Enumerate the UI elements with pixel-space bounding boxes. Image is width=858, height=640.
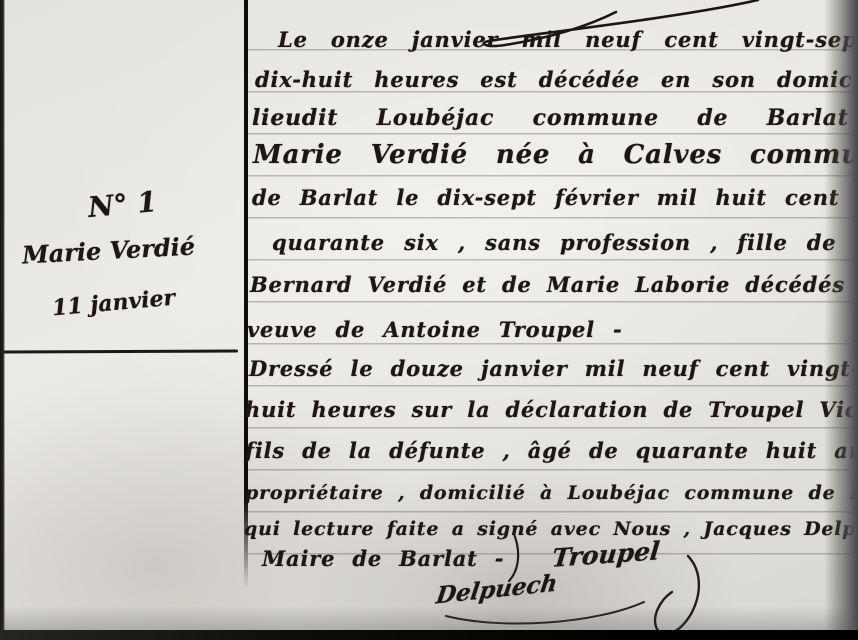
margin-horizontal-rule	[0, 349, 238, 353]
scan-edge-left	[0, 0, 5, 640]
scan-edge-bottom	[0, 630, 858, 640]
signature-troupel: Troupel	[551, 536, 662, 573]
death-record-scan: N° 1 Marie Verdié 11 janvier Le onze jan…	[0, 0, 858, 640]
act-line: Le onze janvier mil neuf cent vingt-sept	[278, 27, 858, 52]
scan-shadow-bottom	[0, 606, 858, 632]
act-line: qui lecture faite a signé avec Nous , Ja…	[244, 518, 858, 540]
act-line: huit heures sur la déclaration de Troupe…	[245, 397, 858, 422]
act-line: lieudit Loubéjac commune de Barlat	[252, 105, 849, 131]
act-line: Maire de Barlat -	[262, 546, 504, 571]
margin-deceased-name: Marie Verdié	[21, 231, 195, 269]
signature-delpuech: Delpuech	[434, 569, 559, 609]
act-line: veuve de Antoine Troupel -	[247, 317, 623, 342]
act-line: dix-huit heures est décédée en son domic…	[255, 67, 858, 92]
act-line: de Barlat le dix-sept février mil huit c…	[252, 185, 839, 210]
act-line: propriétaire , domicilié à Loubéjac comm…	[245, 482, 858, 504]
margin-act-date: 11 janvier	[51, 285, 176, 322]
act-line-deceased-name: Marie Verdié née à Calves commune	[253, 140, 858, 170]
act-line: Bernard Verdié et de Marie Laborie décéd…	[250, 272, 845, 297]
act-line: fils de la défunte , âgé de quarante hui…	[245, 438, 858, 463]
act-line: Dressé le douze janvier mil neuf cent vi…	[249, 356, 858, 381]
scan-shadow-right	[824, 0, 858, 640]
act-line: quarante six , sans profession , fille d…	[272, 230, 836, 255]
act-number: N° 1	[87, 185, 158, 224]
